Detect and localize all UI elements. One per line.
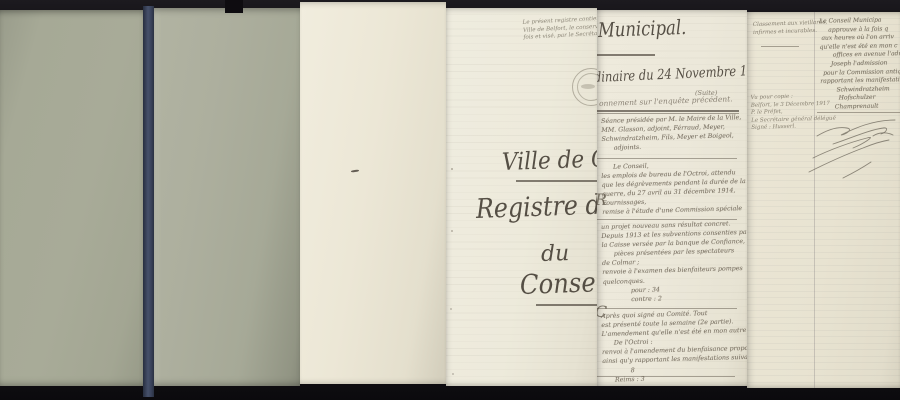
minutes-header: Municipal. [598,15,687,42]
title-line-registre: Registre dé [475,189,597,225]
session-subtitle: onnement sur l'enquête précédent. [599,94,733,108]
registry-certification-note: Le présent registre contient ce Ville de… [522,16,595,43]
councillor-name: Champrenault [835,102,900,112]
deliberation-paragraph-3: Après quoi signé au Comité. Tout est pré… [601,308,747,385]
binding-specks [451,168,453,170]
divider [597,110,739,112]
book-cover-right [154,8,300,386]
title-line-conseil: Conseil [519,267,597,301]
bottom-divider [597,376,735,377]
resolution-text-block: Le Conseil Municipa approuve à la fois q… [819,16,900,112]
margin-rule [814,12,815,388]
deliberation-paragraph-1: Le Conseil, les emplois de bureau de l'O… [601,159,747,218]
register-title-page: Le présent registre contient ce Ville de… [446,8,597,386]
session-title: dinaire du 24 Novembre 1917 [597,62,747,86]
margin-subject-note: Classement aux vieillards, infirmes et i… [753,20,813,37]
margin-line: infirmes et incurables. [753,28,813,38]
scanned-register-strip: Le présent registre contient ce Ville de… [0,0,900,400]
certified-page: Classement aux vieillards, infirmes et i… [747,12,900,388]
attendance-block: Séance présidée par M. le Maire de la Vi… [601,113,747,153]
book-spine [143,6,154,397]
deliberation-paragraph-2: un projet nouveau sans résultat concret.… [601,219,747,305]
title-line-ville: Ville de C [502,144,597,176]
text-end-divider [817,112,900,113]
blank-flyleaf-page [300,2,446,384]
scan-edge-notch [225,0,243,13]
title-line-du: du [541,241,570,267]
minutes-page: Municipal. dinaire du 24 Novembre 1917 (… [597,10,747,386]
title-underline [516,180,597,182]
official-stamp-icon [572,68,597,106]
title-underline [536,304,597,306]
header-underline [597,54,655,56]
council-signatures [803,114,900,189]
book-cover-left [0,10,143,386]
margin-divider [761,46,799,47]
ink-speck [351,169,359,172]
